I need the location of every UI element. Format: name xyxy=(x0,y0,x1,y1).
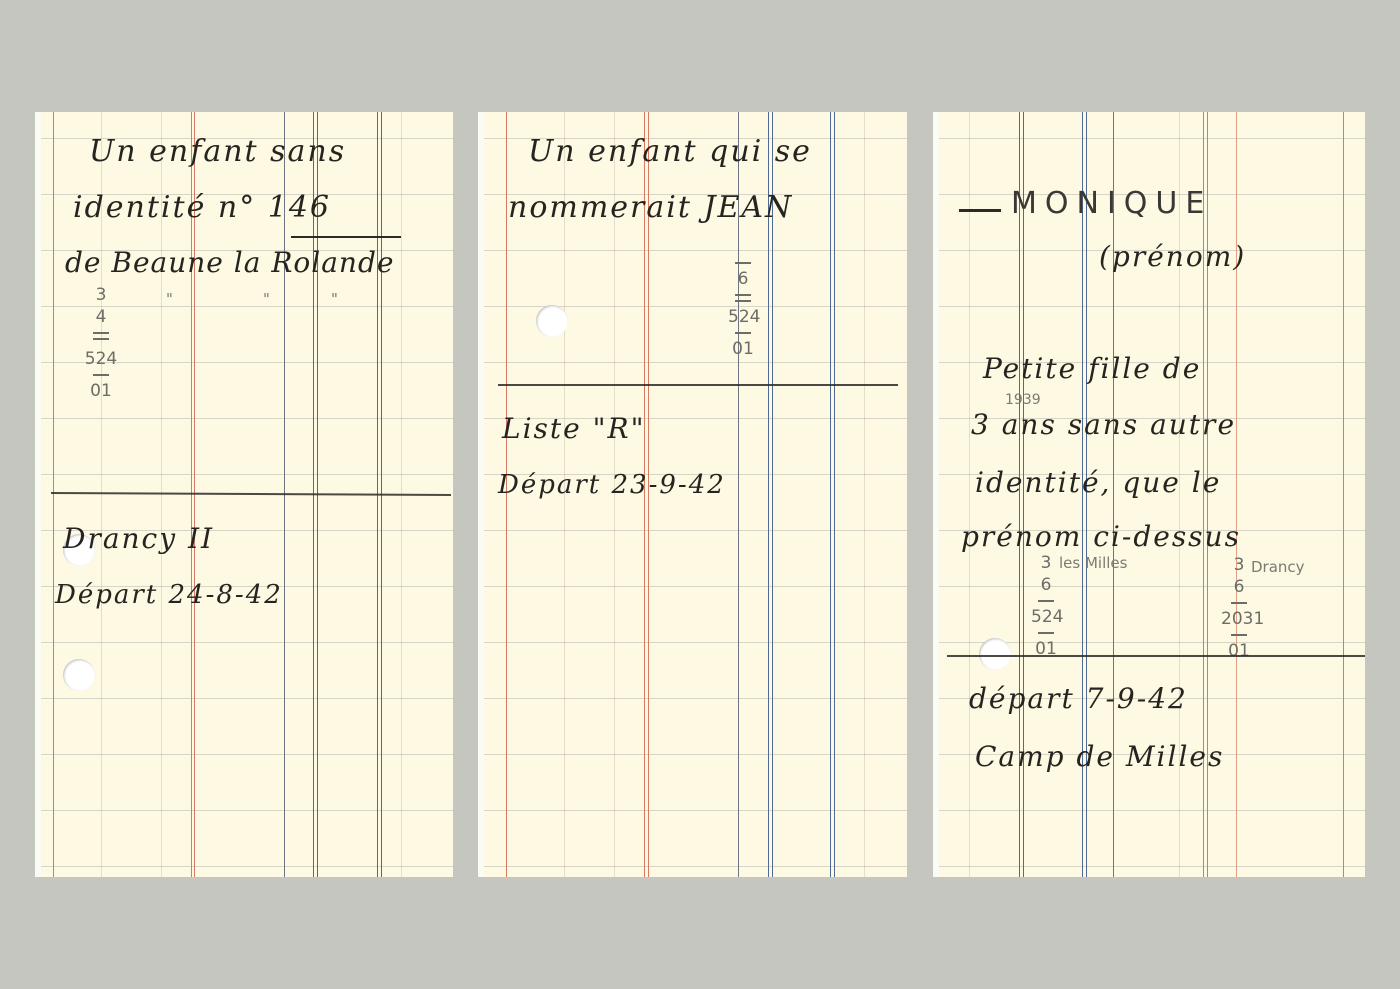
code-top: 4 xyxy=(83,306,119,328)
handwritten-departure: départ 7-9-42 xyxy=(969,682,1188,715)
handwritten-line-1: Petite fille de xyxy=(983,352,1201,385)
handwritten-camp: Drancy II xyxy=(63,522,214,555)
index-card-2: Un enfant qui se nommerait JEAN 6 524 01… xyxy=(478,112,907,877)
handwritten-list: Liste "R" xyxy=(502,412,645,445)
code-suffix: 01 xyxy=(83,380,119,402)
handwritten-camp: Camp de Milles xyxy=(975,740,1224,773)
faint-rule xyxy=(101,112,102,877)
birth-year-note: 1939 xyxy=(1005,392,1041,408)
underline xyxy=(291,236,401,238)
blue-column-line xyxy=(768,112,769,877)
section-divider xyxy=(51,492,451,496)
handwritten-line-2: 3 ans sans autre xyxy=(971,408,1236,441)
punch-hole xyxy=(536,305,568,337)
handwritten-line-2: nommerait JEAN xyxy=(508,190,793,225)
punch-hole xyxy=(979,638,1011,670)
archive-code-les-milles: 3 6 524 01 xyxy=(1031,552,1061,660)
handwritten-departure: Départ 24-8-42 xyxy=(55,580,283,610)
code-top: 6 xyxy=(1221,576,1257,598)
ditto-mark: " xyxy=(331,290,338,308)
code-top: 3 xyxy=(83,284,119,306)
handwritten-line-3: de Beaune la Rolande xyxy=(65,246,394,279)
handwritten-line-2: identité n° 146 xyxy=(73,190,331,225)
section-divider xyxy=(498,384,898,386)
red-column-line xyxy=(1236,112,1237,877)
code-location-label: les Milles xyxy=(1059,554,1127,572)
first-name-note: (prénom) xyxy=(1099,240,1246,273)
blue-column-line xyxy=(834,112,835,877)
red-margin-line xyxy=(53,112,54,877)
red-margin-line xyxy=(1343,112,1344,877)
code-top: 3 xyxy=(1031,552,1061,574)
handwritten-line-1: Un enfant qui se xyxy=(528,134,812,169)
code-number: 524 xyxy=(728,306,758,328)
faint-rule xyxy=(864,112,865,877)
code-number: 524 xyxy=(1031,606,1061,628)
index-card-3: MONIQUE (prénom) Petite fille de 1939 3 … xyxy=(933,112,1365,877)
faint-rule xyxy=(969,112,970,877)
blue-column-line xyxy=(772,112,773,877)
handwritten-line-3: identité, que le xyxy=(975,466,1221,499)
handwritten-departure: Départ 23-9-42 xyxy=(498,470,726,500)
dash-mark xyxy=(959,209,1001,212)
archive-code: 6 524 01 xyxy=(728,258,758,360)
code-suffix: 01 xyxy=(1221,640,1257,662)
ditto-mark: " xyxy=(263,290,270,308)
code-number: 2031 xyxy=(1221,608,1257,630)
code-location-label: Drancy xyxy=(1251,558,1305,576)
handwritten-line-1: Un enfant sans xyxy=(89,134,346,169)
punch-hole xyxy=(63,659,95,691)
code-top: 6 xyxy=(1031,574,1061,596)
section-divider xyxy=(947,655,1365,657)
child-first-name: MONIQUE xyxy=(1011,186,1212,221)
ditto-mark: " xyxy=(166,290,173,308)
index-card-1: Un enfant sans identité n° 146 de Beaune… xyxy=(35,112,453,877)
code-top: 6 xyxy=(728,268,758,290)
code-number: 524 xyxy=(83,348,119,370)
handwritten-line-4: prénom ci-dessus xyxy=(961,520,1241,553)
gray-column-line xyxy=(738,112,739,877)
code-suffix: 01 xyxy=(728,338,758,360)
blue-column-line xyxy=(830,112,831,877)
archive-code: 3 4 524 01 xyxy=(83,284,119,402)
